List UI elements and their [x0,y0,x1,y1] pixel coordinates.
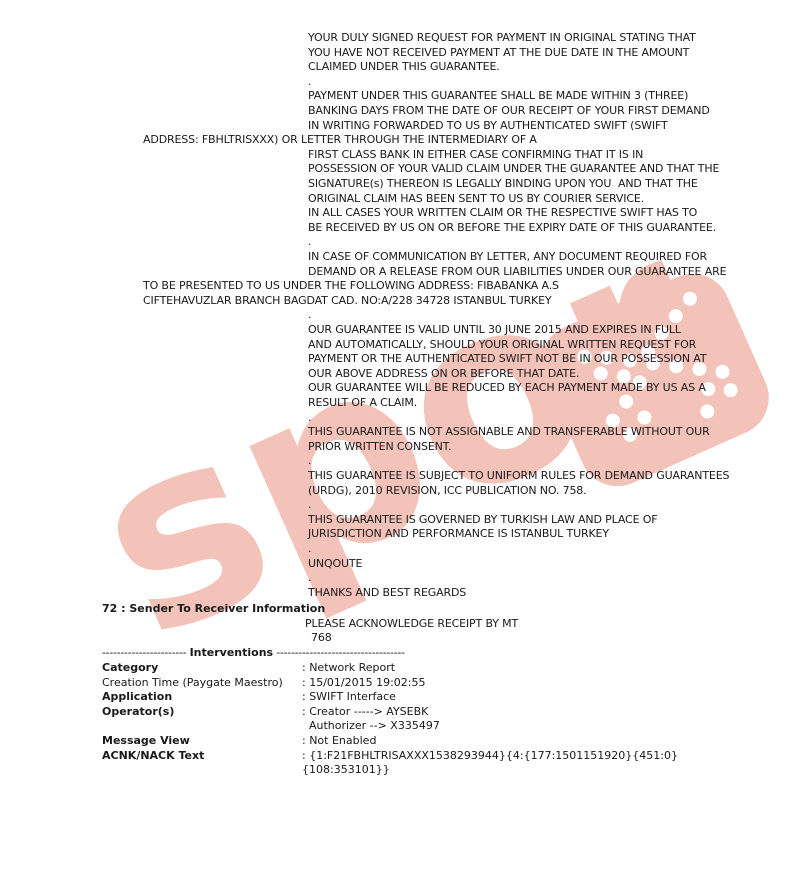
intervention-value-continued: {108:353101}} [302,763,390,777]
guarantee-line: OUR GUARANTEE WILL BE REDUCED BY EACH PA… [308,381,706,395]
intervention-label: Application [102,690,172,704]
guarantee-line: YOUR DULY SIGNED REQUEST FOR PAYMENT IN … [308,31,696,45]
guarantee-line: THANKS AND BEST REGARDS [308,586,466,600]
guarantee-line: POSSESSION OF YOUR VALID CLAIM UNDER THE… [308,162,719,176]
guarantee-line: ADDRESS: FBHLTRISXXX) OR LETTER THROUGH … [143,133,537,147]
guarantee-line: . [308,308,311,322]
guarantee-line: . [308,498,311,512]
guarantee-line: TO BE PRESENTED TO US UNDER THE FOLLOWIN… [143,279,559,293]
guarantee-line: RESULT OF A CLAIM. [308,396,417,410]
guarantee-line: YOU HAVE NOT RECEIVED PAYMENT AT THE DUE… [308,46,689,60]
guarantee-line: PAYMENT OR THE AUTHENTICATED SWIFT NOT B… [308,352,706,366]
intervention-label: ACNK/NACK Text [102,749,204,763]
field-72-line-2: 768 [311,631,332,645]
intervention-value: : 15/01/2015 19:02:55 [302,676,426,690]
guarantee-line: . [308,542,311,556]
guarantee-line: DEMAND OR A RELEASE FROM OUR LIABILITIES… [308,265,726,279]
guarantee-line: THIS GUARANTEE IS SUBJECT TO UNIFORM RUL… [308,469,729,483]
guarantee-line: . [308,75,311,89]
guarantee-line: . [308,411,311,425]
guarantee-line: JURISDICTION AND PERFORMANCE IS ISTANBUL… [308,527,609,541]
intervention-value: : Not Enabled [302,734,376,748]
guarantee-line: ORIGINAL CLAIM HAS BEEN SENT TO US BY CO… [308,192,644,206]
divider-left: ----------------------- [102,646,190,659]
guarantee-line: IN ALL CASES YOUR WRITTEN CLAIM OR THE R… [308,206,697,220]
guarantee-line: OUR GUARANTEE IS VALID UNTIL 30 JUNE 201… [308,323,681,337]
intervention-label: Category [102,661,158,675]
intervention-value: : Network Report [302,661,395,675]
intervention-value-continued: Authorizer --> X335497 [302,719,440,733]
guarantee-line: IN CASE OF COMMUNICATION BY LETTER, ANY … [308,250,707,264]
guarantee-line: . [308,571,311,585]
guarantee-line: (URDG), 2010 REVISION, ICC PUBLICATION N… [308,484,587,498]
field-72-line-1: PLEASE ACKNOWLEDGE RECEIPT BY MT [305,617,518,631]
intervention-label: Creation Time (Paygate Maestro) [102,676,283,690]
guarantee-line: SIGNATURE(s) THEREON IS LEGALLY BINDING … [308,177,698,191]
guarantee-line: PAYMENT UNDER THIS GUARANTEE SHALL BE MA… [308,89,688,103]
guarantee-line: FIRST CLASS BANK IN EITHER CASE CONFIRMI… [308,148,643,162]
guarantee-line: THIS GUARANTEE IS NOT ASSIGNABLE AND TRA… [308,425,710,439]
guarantee-line: CIFTEHAVUZLAR BRANCH BAGDAT CAD. NO:A/22… [143,294,552,308]
guarantee-line: THIS GUARANTEE IS GOVERNED BY TURKISH LA… [308,513,657,527]
guarantee-line: PRIOR WRITTEN CONSENT. [308,440,451,454]
guarantee-line: BANKING DAYS FROM THE DATE OF OUR RECEIP… [308,104,710,118]
guarantee-line: BE RECEIVED BY US ON OR BEFORE THE EXPIR… [308,221,716,235]
intervention-value: : Creator -----> AYSEBK [302,705,428,719]
guarantee-line: . [308,454,311,468]
divider-right: ----------------------------------- [273,646,405,659]
guarantee-line: UNQOUTE [308,557,362,571]
intervention-label: Operator(s) [102,705,174,719]
guarantee-line: CLAIMED UNDER THIS GUARANTEE. [308,60,500,74]
interventions-title: Interventions [190,646,274,659]
guarantee-line: OUR ABOVE ADDRESS ON OR BEFORE THAT DATE… [308,367,579,381]
intervention-value: : SWIFT Interface [302,690,396,704]
interventions-divider: ----------------------- Interventions --… [102,646,405,660]
intervention-value: : {1:F21FBHLTRISAXXX1538293944}{4:{177:1… [302,749,678,763]
guarantee-line: AND AUTOMATICALLY, SHOULD YOUR ORIGINAL … [308,338,696,352]
field-72-title: 72 : Sender To Receiver Information [102,602,325,616]
guarantee-line: IN WRITING FORWARDED TO US BY AUTHENTICA… [308,119,668,133]
intervention-label: Message View [102,734,190,748]
guarantee-line: . [308,235,311,249]
